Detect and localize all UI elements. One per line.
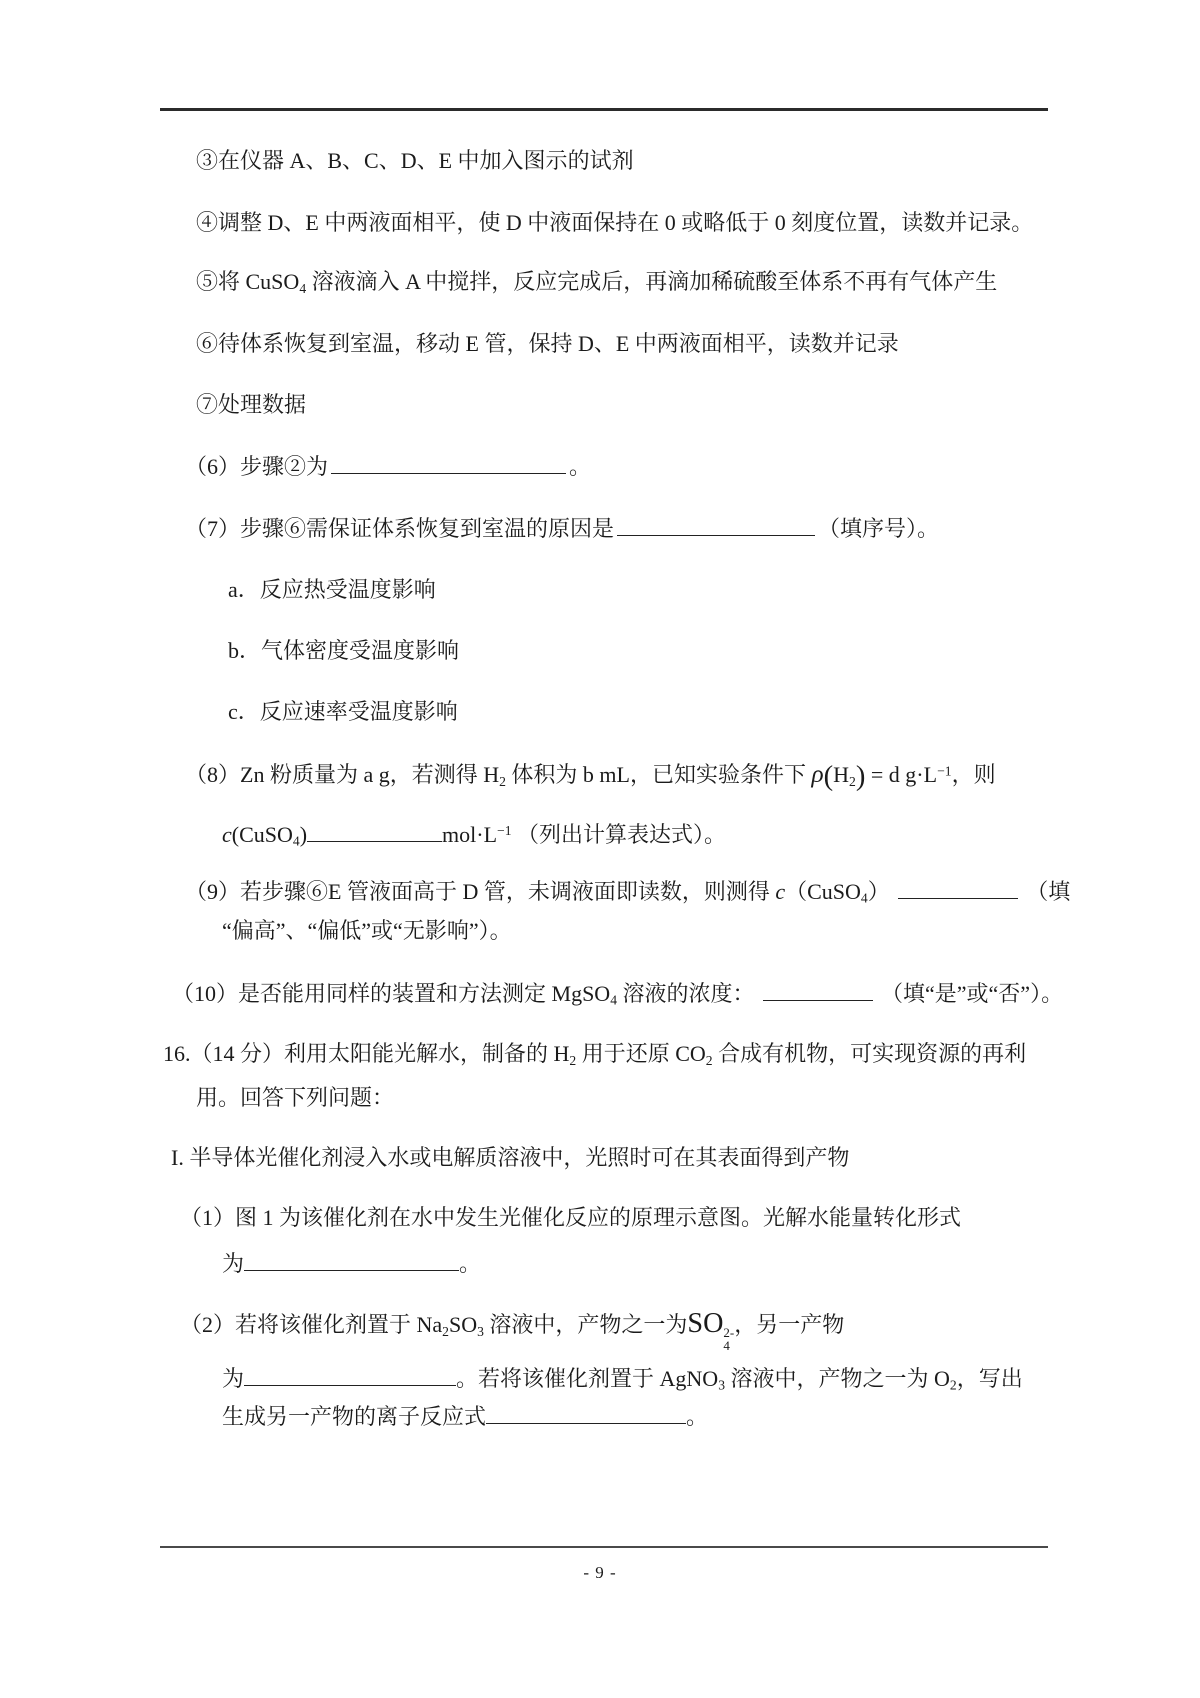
sub-question-2-line-3: 生成另一产物的离子反应式。 (222, 1402, 708, 1431)
section-1-line: I. 半导体光催化剂浸入水或电解质溶液中，光照时可在其表面得到产物 (171, 1144, 849, 1173)
question-10-line: （10）是否能用同样的装置和方法测定 MgSO4 溶液的浓度： （填“是”或“否… (172, 979, 1063, 1009)
fill-in-blank (486, 1402, 686, 1424)
question-9-line-1: （9）若步骤⑥E 管液面高于 D 管，未调液面即读数，则测得 c（CuSO4） … (185, 877, 1070, 907)
sub-question-1-line-2: 为。 (222, 1249, 481, 1278)
page-number: - 9 - (0, 1563, 1200, 1583)
rho-symbol: ρ (811, 760, 823, 788)
sub-question-2-line-1: （2）若将该催化剂置于 Na2SO3 溶液中，产物之一为SO2-4，另一产物 (180, 1306, 844, 1352)
fill-in-blank (331, 452, 566, 474)
step-7-line: ⑦处理数据 (196, 391, 306, 420)
step-5-line: ⑤将 CuSO4 溶液滴入 A 中搅拌，反应完成后，再滴加稀硫酸至体系不再有气体… (196, 268, 997, 298)
question-9-line-2: “偏高”、“偏低”或“无影响”）。 (222, 917, 512, 946)
question-6-line: （6）步骤②为。 (185, 452, 591, 481)
top-rule (160, 108, 1048, 111)
question-16-line-1: 16.（14 分）利用太阳能光解水，制备的 H2 用于还原 CO2 合成有机物，… (163, 1040, 1026, 1070)
sub-question-2-line-2: 为。若将该催化剂置于 AgNO3 溶液中，产物之一为 O2，写出 (222, 1364, 1023, 1394)
step-4-line: ④调整 D、E 中两液面相平，使 D 中液面保持在 0 或略低于 0 刻度位置，… (196, 209, 1033, 238)
bottom-rule (160, 1546, 1048, 1548)
option-b-line: b．气体密度受温度影响 (228, 637, 459, 666)
question-8-line-2: c(CuSO4)mol·L−1 （列出计算表达式）。 (222, 820, 726, 850)
fill-in-blank (617, 514, 815, 536)
option-a-line: a．反应热受温度影响 (228, 576, 436, 605)
fill-in-blank (307, 820, 442, 842)
fill-in-blank (244, 1364, 456, 1386)
sub-question-1-line-1: （1）图 1 为该催化剂在水中发生光催化反应的原理示意图。光解水能量转化形式 (180, 1204, 961, 1233)
step-3-line: ③在仪器 A、B、C、D、E 中加入图示的试剂 (196, 147, 634, 176)
option-c-line: c．反应速率受温度影响 (228, 698, 458, 727)
question-8-line-1: （8）Zn 粉质量为 a g，若测得 H2 体积为 b mL，已知实验条件下 ρ… (185, 758, 996, 795)
sulfate-ion-formula: SO (687, 1308, 723, 1339)
step-6-line: ⑥待体系恢复到室温，移动 E 管，保持 D、E 中两液面相平，读数并记录 (196, 330, 899, 359)
exam-page: ③在仪器 A、B、C、D、E 中加入图示的试剂 ④调整 D、E 中两液面相平，使… (0, 0, 1200, 1698)
question-16-line-2: 用。回答下列问题： (196, 1084, 394, 1113)
fill-in-blank (244, 1249, 459, 1271)
fill-in-blank (898, 877, 1018, 899)
fill-in-blank (763, 979, 873, 1001)
question-7-line: （7）步骤⑥需保证体系恢复到室温的原因是（填序号）。 (185, 514, 939, 543)
